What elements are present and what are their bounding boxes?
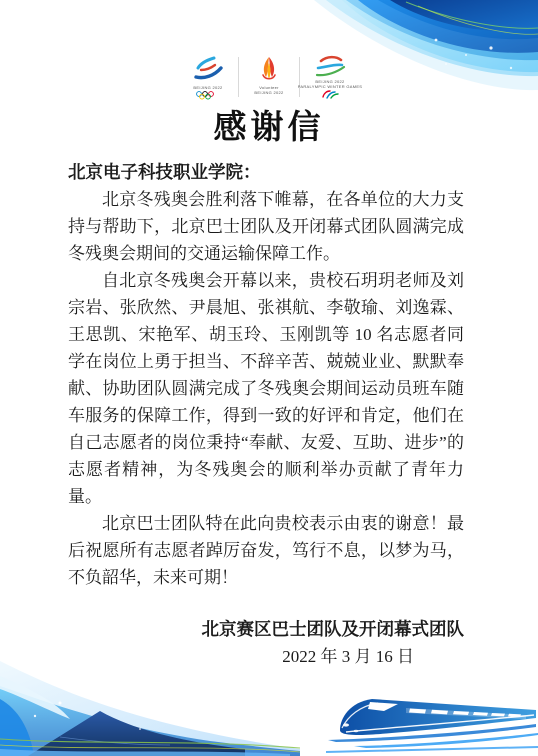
paralympic-emblem-block: BEIJING 2022 PARALYMPIC WINTER GAMES	[309, 55, 351, 99]
emblem-divider	[238, 57, 239, 97]
letter-body: 北京电子科技职业学院： 北京冬残奥会胜利落下帷幕，在各单位的大力支持与帮助下，北…	[68, 159, 464, 670]
volunteer-beijing-2022-emblem-icon	[248, 55, 290, 85]
letter-paragraph: 北京冬残奥会胜利落下帷幕，在各单位的大力支持与帮助下，北京巴士团队及开闭幕式团队…	[68, 186, 464, 267]
olympic-emblem-block: BEIJING 2022	[187, 55, 229, 100]
signature-line: 北京赛区巴士团队及开闭幕式团队	[202, 616, 465, 643]
beijing-2022-olympic-emblem-icon	[187, 55, 229, 85]
letter-paragraph: 北京巴士团队特在此向贵校表示由衷的谢意！最后祝愿所有志愿者踔厉奋发，笃行不息，以…	[68, 510, 464, 591]
beijing-2022-paralympic-emblem-icon	[309, 55, 351, 79]
letter-title: 感谢信	[0, 101, 538, 148]
emblem-divider	[299, 57, 300, 97]
bottom-left-wave-decoration	[0, 641, 300, 756]
signature-date: 2022 年 3 月 16 日	[282, 643, 414, 670]
olympic-rings-icon	[193, 90, 223, 100]
volunteer-emblem-caption: BEIJING 2022	[254, 90, 283, 95]
high-speed-train-icon	[326, 688, 538, 754]
letter-paragraph: 自北京冬残奥会开幕以来，贵校石玥玥老师及刘宗岩、张欣然、尹晨旭、张祺航、李敬瑜、…	[68, 267, 464, 510]
paralympic-agitos-icon	[319, 89, 341, 99]
letter-salutation: 北京电子科技职业学院：	[68, 159, 464, 186]
emblem-row: BEIJING 2022 Volunteer BEIJING 2022	[0, 55, 538, 100]
volunteer-emblem-block: Volunteer BEIJING 2022	[248, 55, 290, 95]
thank-you-letter-page: BEIJING 2022 Volunteer BEIJING 2022	[0, 0, 538, 756]
